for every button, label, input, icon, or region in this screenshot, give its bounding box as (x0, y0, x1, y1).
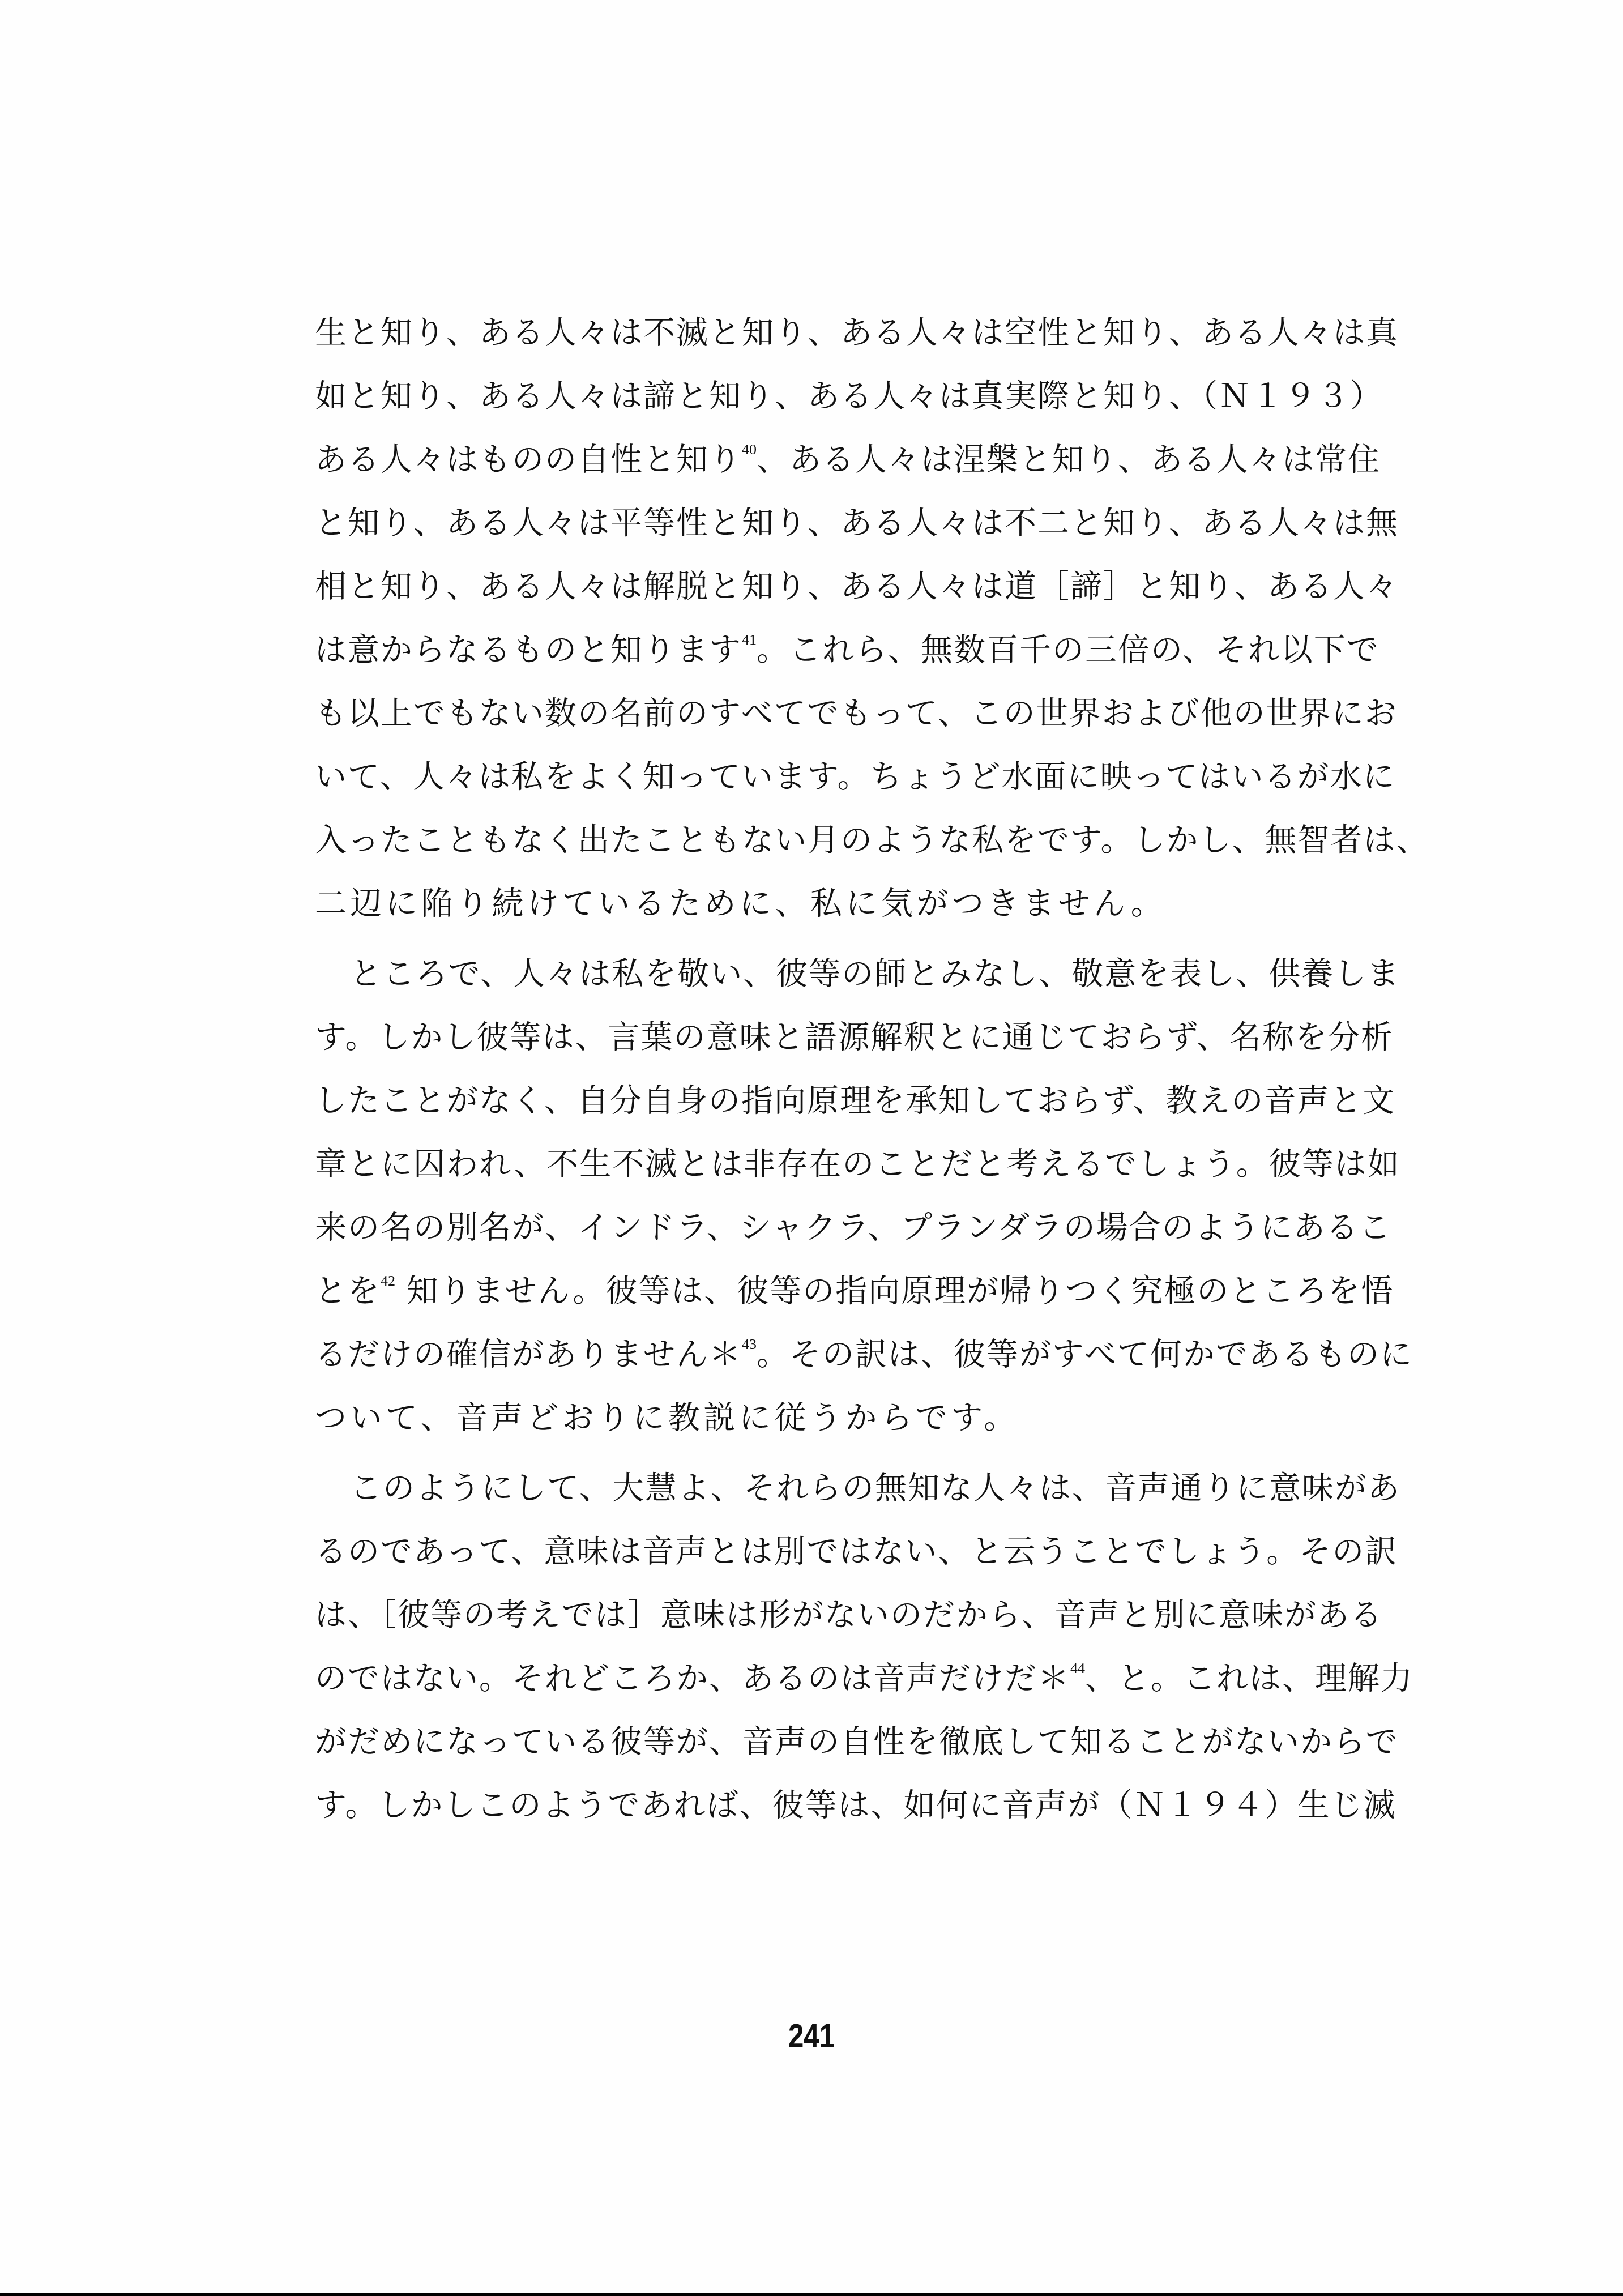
text-line: ところで、人々は私を敬い、彼等の師とみなし、敬意を表し、供養しま (315, 951, 1370, 1015)
text-line: るだけの確信がありません＊43。その訳は、彼等がすべて何かであるものに (315, 1332, 1370, 1395)
text-segment: 来の名の別名が、インドラ、シャクラ、プランダラの場合のようにあるこ (315, 1209, 1392, 1246)
text-line: 章とに囚われ、不生不滅とは非存在のことだと考えるでしょう。彼等は如 (315, 1142, 1370, 1205)
text-line: したことがなく、自分自身の指向原理を承知しておらず、教えの音声と文 (315, 1078, 1370, 1142)
footnote-marker: 44 (1070, 1660, 1085, 1676)
text-segment: 如と知り、ある人々は諦と知り、ある人々は真実際と知り、（Ｎ１９３） (315, 378, 1383, 415)
text-segment: す。しかし彼等は、言葉の意味と語源解釈とに通じておらず、名称を分析 (315, 1019, 1394, 1056)
text-line: 入ったこともなく出たこともない月のような私をです。しかし、無智者は、 (315, 818, 1370, 881)
text-line: は意からなるものと知ります41。これら、無数百千の三倍の、それ以下で (315, 628, 1370, 691)
text-segment: いて、人々は私をよく知っています。ちょうど水面に映ってはいるが水に (315, 758, 1395, 795)
text-line: 生と知り、ある人々は不滅と知り、ある人々は空性と知り、ある人々は真 (315, 310, 1370, 374)
text-segment: は意からなるものと知ります (315, 631, 742, 668)
text-segment: と知り、ある人々は平等性と知り、ある人々は不二と知り、ある人々は無 (315, 505, 1399, 541)
text-line: ついて、音声どおりに教説に従うからです。 (315, 1395, 1370, 1459)
text-segment: るのであって、意味は音声とは別ではない、と云うことでしょう。その訳 (315, 1533, 1398, 1570)
text-segment: 章とに囚われ、不生不滅とは非存在のことだと考えるでしょう。彼等は如 (315, 1146, 1400, 1183)
text-line: のではない。それどころか、あるのは音声だけだ＊44、と。これは、理解力 (315, 1656, 1370, 1719)
text-segment: ところで、人々は私を敬い、彼等の師とみなし、敬意を表し、供養しま (350, 955, 1400, 992)
text-line: 如と知り、ある人々は諦と知り、ある人々は真実際と知り、（Ｎ１９３） (315, 374, 1370, 437)
text-line: 来の名の別名が、インドラ、シャクラ、プランダラの場合のようにあるこ (315, 1205, 1370, 1269)
footnote-marker: 40 (742, 441, 757, 458)
paragraph: このようにして、大慧よ、それらの無知な人々は、音声通りに意味があるのであって、意… (315, 1466, 1370, 1846)
text-segment: ついて、音声どおりに教説に従うからです。 (315, 1399, 1019, 1436)
scan-edge-border (0, 2293, 1623, 2296)
text-segment: のではない。それどころか、あるのは音声だけだ＊ (315, 1660, 1070, 1697)
text-segment: す。しかしこのようであれば、彼等は、如何に音声が（Ｎ１９４）生じ滅 (315, 1787, 1396, 1824)
text-segment: 。これら、無数百千の三倍の、それ以下で (757, 631, 1379, 668)
text-segment: 知りません。彼等は、彼等の指向原理が帰りつく究極のところを悟 (395, 1273, 1394, 1309)
text-line: は、［彼等の考えでは］意味は形がないのだから、音声と別に意味がある (315, 1593, 1370, 1656)
text-line: いて、人々は私をよく知っています。ちょうど水面に映ってはいるが水に (315, 754, 1370, 818)
text-line: 相と知り、ある人々は解脱と知り、ある人々は道［諦］と知り、ある人々 (315, 564, 1370, 628)
text-line: とを42 知りません。彼等は、彼等の指向原理が帰りつく究極のところを悟 (315, 1269, 1370, 1332)
text-line: す。しかしこのようであれば、彼等は、如何に音声が（Ｎ１９４）生じ滅 (315, 1783, 1370, 1846)
text-segment: は、［彼等の考えでは］意味は形がないのだから、音声と別に意味がある (315, 1597, 1383, 1633)
text-segment: とを (315, 1273, 381, 1309)
text-segment: 、ある人々は涅槃と知り、ある人々は常住 (757, 441, 1381, 478)
paragraph: 生と知り、ある人々は不滅と知り、ある人々は空性と知り、ある人々は真如と知り、ある… (315, 310, 1370, 945)
text-line: るのであって、意味は音声とは別ではない、と云うことでしょう。その訳 (315, 1529, 1370, 1593)
text-segment: 相と知り、ある人々は解脱と知り、ある人々は道［諦］と知り、ある人々 (315, 568, 1399, 605)
text-line: がだめになっている彼等が、音声の自性を徹底して知ることがないからで (315, 1719, 1370, 1783)
text-segment: 。その訳は、彼等がすべて何かであるものに (757, 1336, 1413, 1373)
text-segment: このようにして、大慧よ、それらの無知な人々は、音声通りに意味があ (350, 1470, 1400, 1507)
text-segment: るだけの確信がありません＊ (315, 1336, 742, 1373)
document-page: 生と知り、ある人々は不滅と知り、ある人々は空性と知り、ある人々は真如と知り、ある… (0, 0, 1623, 2296)
footnote-marker: 42 (381, 1273, 395, 1289)
text-line: す。しかし彼等は、言葉の意味と語源解釈とに通じておらず、名称を分析 (315, 1015, 1370, 1078)
text-segment: がだめになっている彼等が、音声の自性を徹底して知ることがないからで (315, 1723, 1398, 1760)
text-line: も以上でもない数の名前のすべてでもって、この世界および他の世界にお (315, 691, 1370, 754)
text-line: と知り、ある人々は平等性と知り、ある人々は不二と知り、ある人々は無 (315, 501, 1370, 564)
text-segment: 生と知り、ある人々は不滅と知り、ある人々は空性と知り、ある人々は真 (315, 314, 1399, 351)
text-line: このようにして、大慧よ、それらの無知な人々は、音声通りに意味があ (315, 1466, 1370, 1529)
footnote-marker: 41 (742, 631, 757, 648)
text-line: ある人々はものの自性と知り40、ある人々は涅槃と知り、ある人々は常住 (315, 437, 1370, 501)
text-segment: したことがなく、自分自身の指向原理を承知しておらず、教えの音声と文 (315, 1082, 1395, 1119)
paragraph: ところで、人々は私を敬い、彼等の師とみなし、敬意を表し、供養します。しかし彼等は… (315, 951, 1370, 1459)
text-segment: も以上でもない数の名前のすべてでもって、この世界および他の世界にお (315, 695, 1398, 732)
text-segment: 二辺に陥り続けているために、私に気がつきません。 (315, 885, 1166, 922)
text-segment: ある人々はものの自性と知り (315, 441, 742, 478)
page-number: 241 (788, 2016, 835, 2055)
footnote-marker: 43 (742, 1336, 757, 1352)
text-segment: 、と。これは、理解力 (1085, 1660, 1413, 1697)
text-segment: 入ったこともなく出たこともない月のような私をです。しかし、無智者は、 (315, 822, 1429, 859)
body-text: 生と知り、ある人々は不滅と知り、ある人々は空性と知り、ある人々は真如と知り、ある… (315, 310, 1370, 1846)
text-line: 二辺に陥り続けているために、私に気がつきません。 (315, 881, 1370, 945)
